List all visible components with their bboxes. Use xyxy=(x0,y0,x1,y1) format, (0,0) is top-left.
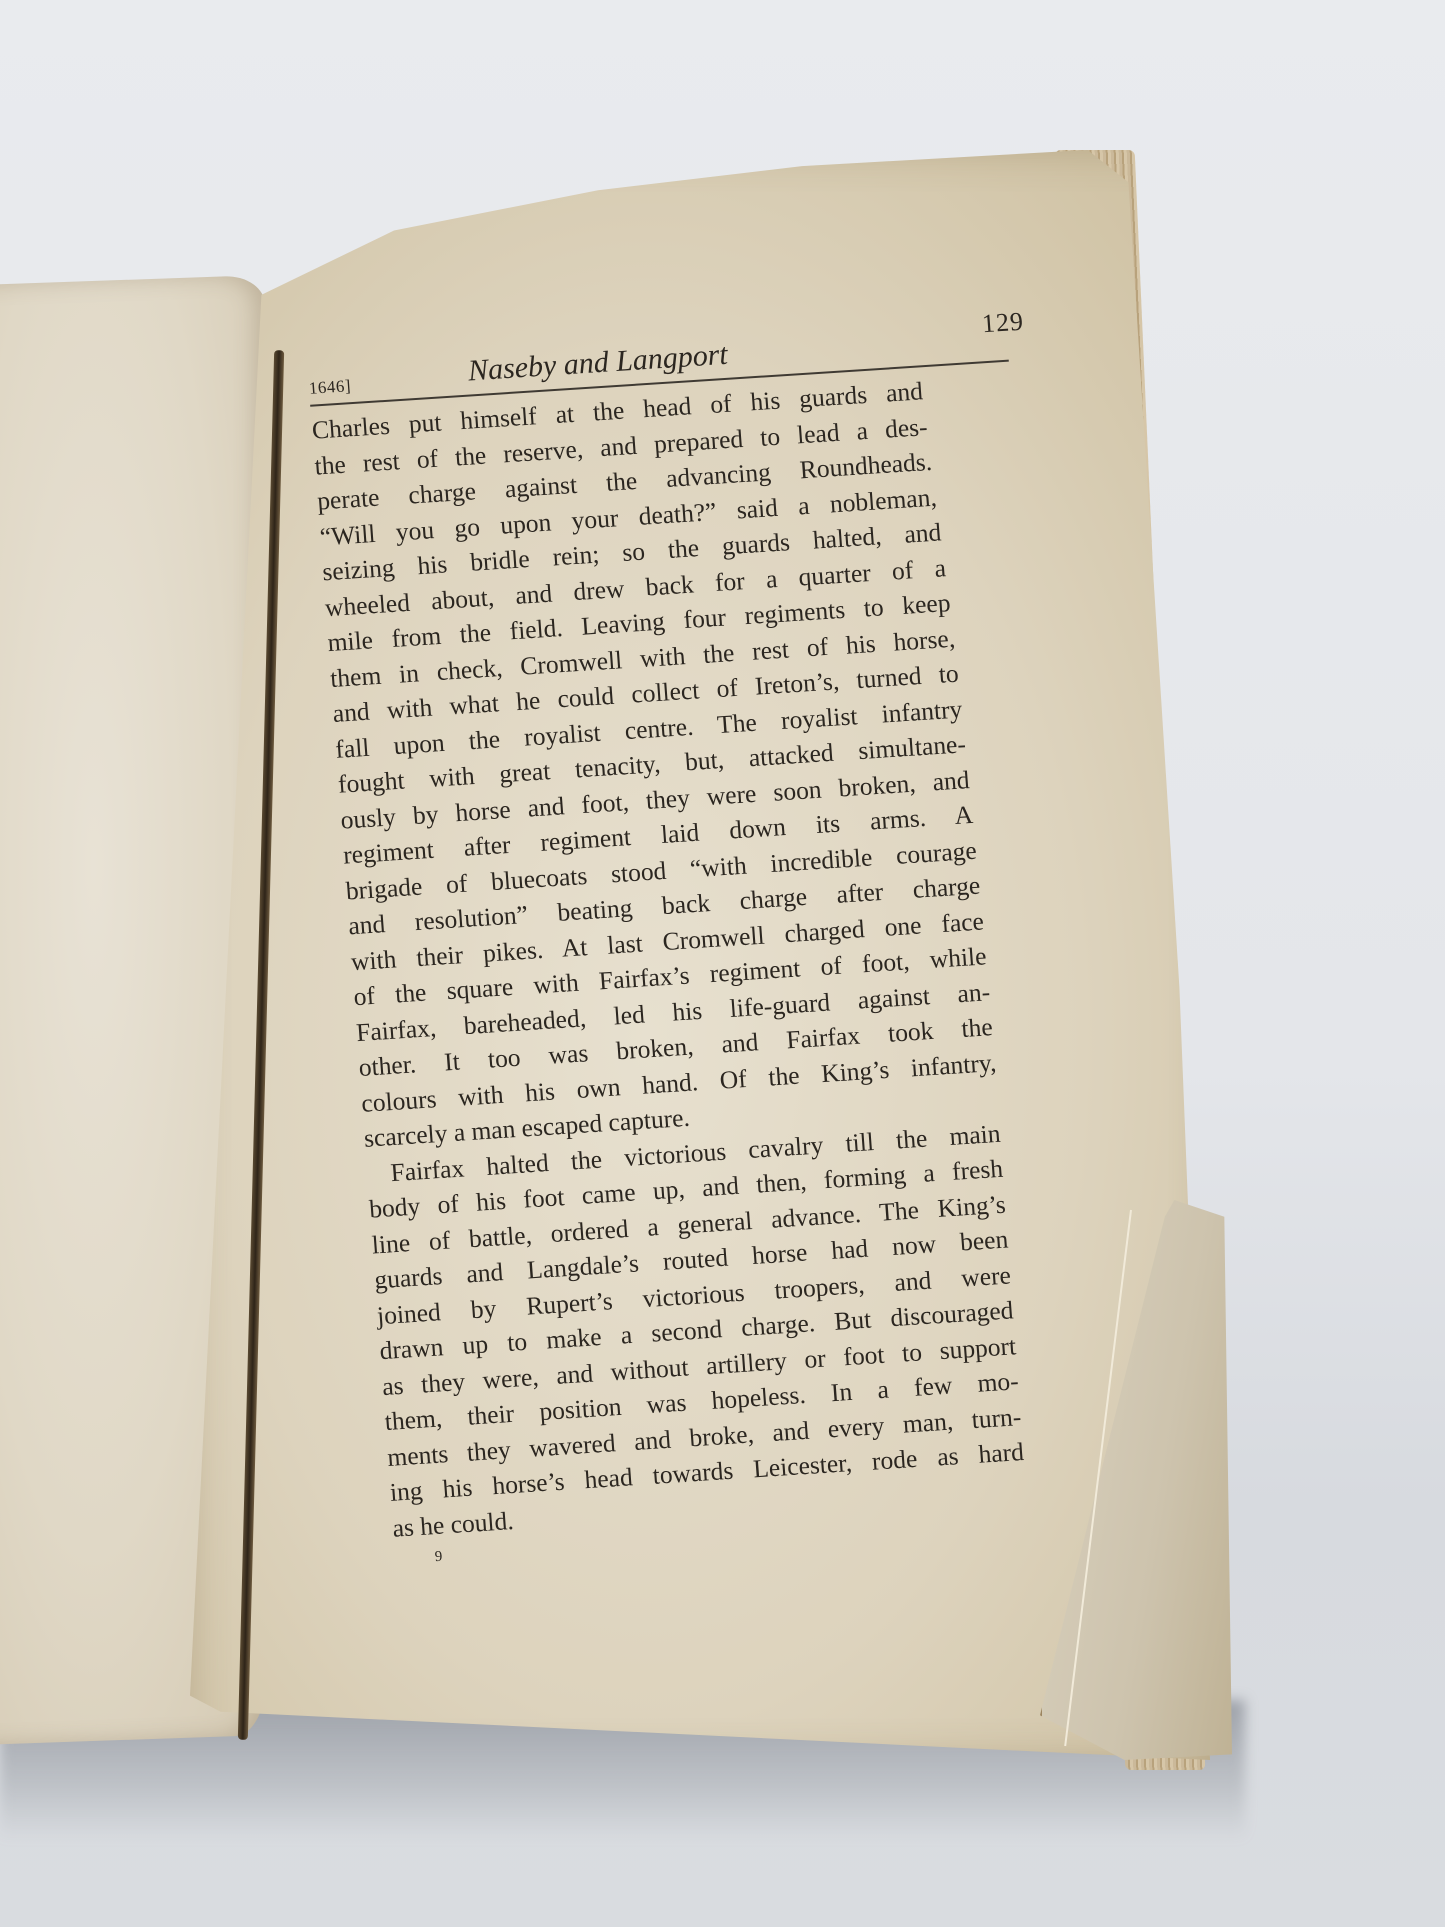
chapter-title: Naseby and Langport xyxy=(467,338,729,389)
paragraph-1: Charles put himself at the head of his g… xyxy=(311,368,1064,1157)
running-head-year: 1646] xyxy=(308,376,352,399)
paragraph-2: Fairfax halted the victorious cavalry ti… xyxy=(365,1111,1092,1546)
page-number: 129 xyxy=(981,307,1025,340)
page-text-block: 1646] Naseby and Langport 129 Charles pu… xyxy=(305,290,1094,1569)
